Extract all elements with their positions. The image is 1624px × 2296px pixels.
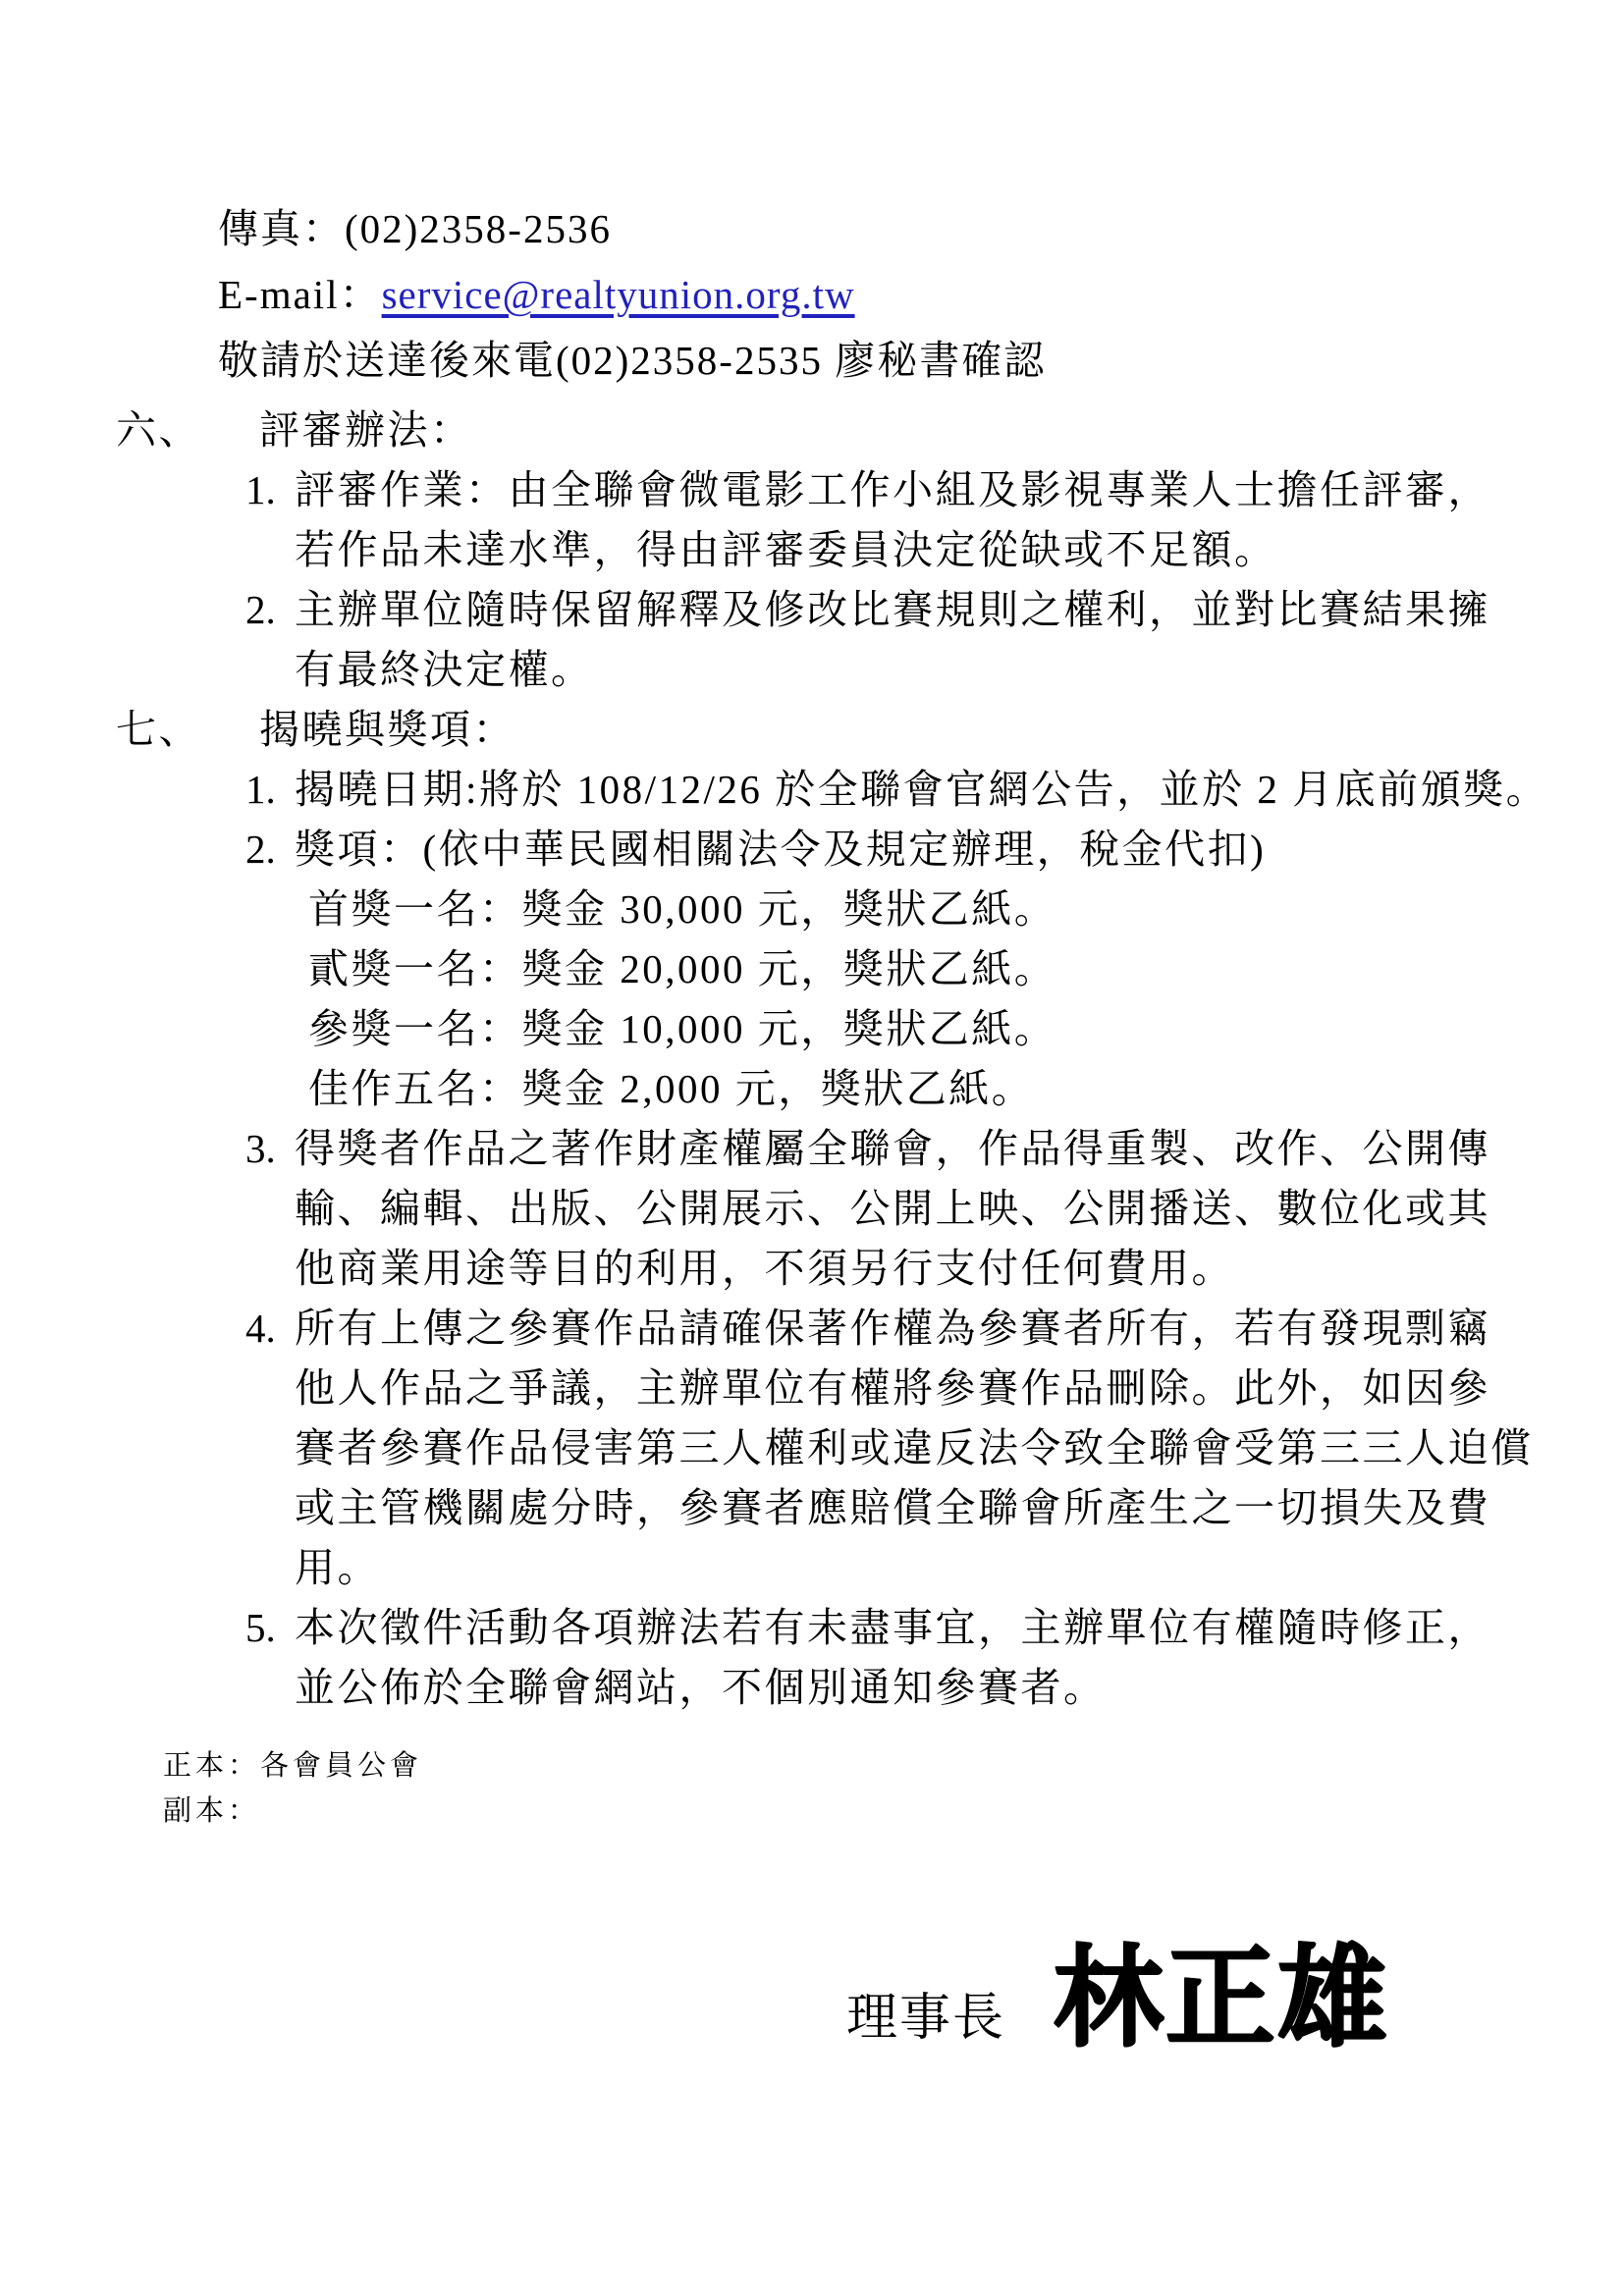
awards-item-5: 5. 本次徵件活動各項辦法若有未盡事宜，主辦單位有權隨時修正， 並公佈於全聯會網… [245,1598,1569,1718]
chairman-name: 林正雄 [1053,1909,1388,2067]
awards-item-1: 1. 揭曉日期:將於 108/12/26 於全聯會官網公告，並於 2 月底前頒獎… [245,760,1569,820]
prize-first: 首獎一名：獎金 30,000 元，獎狀乙紙。 [308,880,1569,939]
email-line: E-mail：service@realtyunion.org.tw [218,262,1046,328]
section-judging-title: 評審辦法： [259,407,473,453]
email-link[interactable]: service@realtyunion.org.tw [382,272,855,317]
awards-item-2-line-1: 獎項：(依中華民國相關法令及規定辦理，稅金代扣) [295,820,1569,880]
section-awards-marker: 七、 [116,700,259,760]
prize-honorable: 佳作五名：獎金 2,000 元，獎狀乙紙。 [308,1059,1569,1119]
distribution-block: 正本：各會員公會 副本： [163,1743,422,1834]
contact-block: 傳真：(02)2358-2536 E-mail：service@realtyun… [218,196,1046,394]
awards-item-2: 2. 獎項：(依中華民國相關法令及規定辦理，稅金代扣) 首獎一名：獎金 30,0… [245,820,1569,1119]
item-number: 3. [245,1119,293,1179]
judging-item-1-line-1: 評審作業：由全聯會微電影工作小組及影視專業人士擔任評審， [295,460,1569,520]
prize-second: 貳獎一名：獎金 20,000 元，獎狀乙紙。 [308,939,1569,999]
awards-item-5-line-1: 本次徵件活動各項辦法若有未盡事宜，主辦單位有權隨時修正， [295,1598,1569,1658]
signature-block: 理事長 林正雄 [846,1909,1388,2067]
judging-item-2-line-1: 主辦單位隨時保留解釋及修改比賽規則之權利，並對比賽結果擁 [295,580,1569,640]
item-number: 4. [245,1299,293,1359]
judging-item-1-line-2: 若作品未達水準，得由評審委員決定從缺或不足額。 [295,520,1569,580]
original-copy-line: 正本：各會員公會 [163,1743,422,1789]
awards-item-3-line-3: 他商業用途等目的利用，不須另行支付任何費用。 [295,1239,1569,1299]
awards-item-5-line-2: 並公佈於全聯會網站，不個別通知參賽者。 [295,1658,1569,1718]
awards-item-4-line-5: 用。 [295,1538,1569,1598]
fax-line: 傳真：(02)2358-2536 [218,196,1046,262]
awards-item-1-line-1: 揭曉日期:將於 108/12/26 於全聯會官網公告，並於 2 月底前頒獎。 [295,760,1569,820]
section-judging-marker: 六、 [116,400,259,460]
awards-item-3: 3. 得獎者作品之著作財產權屬全聯會，作品得重製、改作、公開傳 輸、編輯、出版、… [245,1119,1569,1299]
item-number: 2. [245,820,293,880]
duplicate-copy-line: 副本： [163,1789,422,1834]
awards-item-3-line-1: 得獎者作品之著作財產權屬全聯會，作品得重製、改作、公開傳 [295,1119,1569,1179]
awards-item-4: 4. 所有上傳之參賽作品請確保著作權為參賽者所有，若有發現剽竊 他人作品之爭議，… [245,1299,1569,1598]
item-number: 1. [245,760,293,820]
judging-item-2-line-2: 有最終決定權。 [295,640,1569,700]
prize-third: 參獎一名：獎金 10,000 元，獎狀乙紙。 [308,999,1569,1059]
item-number: 5. [245,1598,293,1658]
judging-item-1: 1. 評審作業：由全聯會微電影工作小組及影視專業人士擔任評審， 若作品未達水準，… [245,460,1569,580]
awards-item-4-line-2: 他人作品之爭議，主辦單位有權將參賽作品刪除。此外，如因參 [295,1359,1569,1418]
awards-item-4-line-4: 或主管機關處分時，參賽者應賠償全聯會所產生之一切損失及費 [295,1478,1569,1538]
email-label: E-mail： [218,272,382,317]
judging-item-2: 2. 主辦單位隨時保留解釋及修改比賽規則之權利，並對比賽結果擁 有最終決定權。 [245,580,1569,700]
section-awards-heading: 七、揭曉與獎項： [116,700,1569,760]
awards-item-3-line-2: 輸、編輯、出版、公開展示、公開上映、公開播送、數位化或其 [295,1179,1569,1239]
awards-item-4-line-3: 賽者參賽作品侵害第三人權利或違反法令致全聯會受第三三人迫償 [295,1418,1569,1478]
section-judging-heading: 六、評審辦法： [116,400,1569,460]
section-awards-title: 揭曉與獎項： [259,707,515,752]
document-body: 六、評審辦法： 1. 評審作業：由全聯會微電影工作小組及影視專業人士擔任評審， … [116,400,1569,1718]
item-number: 1. [245,460,293,520]
item-number: 2. [245,580,293,640]
chairman-title: 理事長 [846,1976,1005,2050]
awards-item-4-line-1: 所有上傳之參賽作品請確保著作權為參賽者所有，若有發現剽竊 [295,1299,1569,1359]
document-page: 傳真：(02)2358-2536 E-mail：service@realtyun… [0,0,1624,2296]
confirm-line: 敬請於送達後來電(02)2358-2535 廖秘書確認 [218,328,1046,394]
